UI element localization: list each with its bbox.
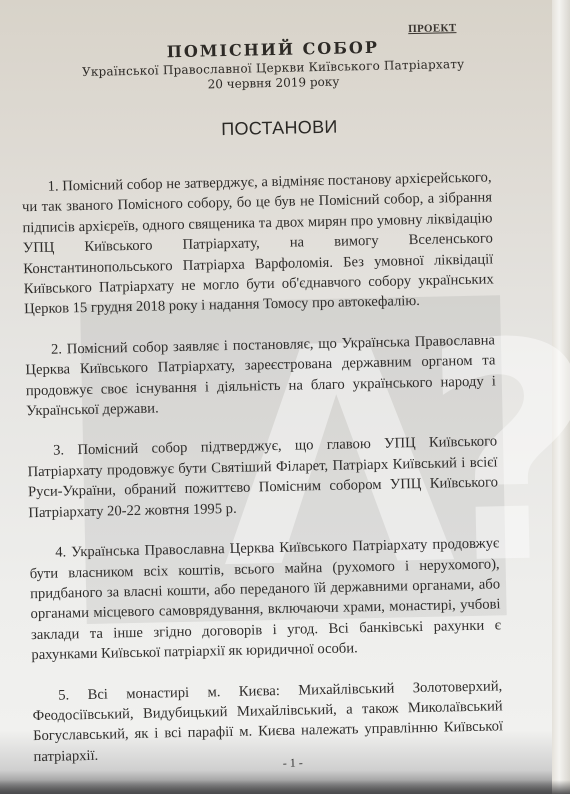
resolutions-body: 1. Помісний собор не затверджує, а відмі… (21, 167, 504, 787)
document-header: ПОМІСНИЙ СОБОР Української Православної … (53, 35, 494, 94)
resolution-paragraph-3: 3. Помісний собор підтверджує, що главою… (27, 432, 499, 523)
resolution-paragraph-4: 4. Українська Православна Церква Київськ… (29, 533, 501, 665)
page-title: ПОСТАНОВИ (0, 112, 565, 145)
bottom-shadow (0, 780, 570, 794)
draft-stamp: ПРОЕКТ (408, 22, 456, 35)
resolution-paragraph-1: 1. Помісний собор не затверджує, а відмі… (21, 167, 494, 320)
resolution-paragraph-2: 2. Помісний собор заявляє і постановляє,… (25, 330, 497, 421)
document-photo: Λ? ПРОЕКТ ПОМІСНИЙ СОБОР Української Пра… (0, 0, 570, 794)
document-sheet: Λ? ПРОЕКТ ПОМІСНИЙ СОБОР Української Пра… (0, 0, 560, 792)
